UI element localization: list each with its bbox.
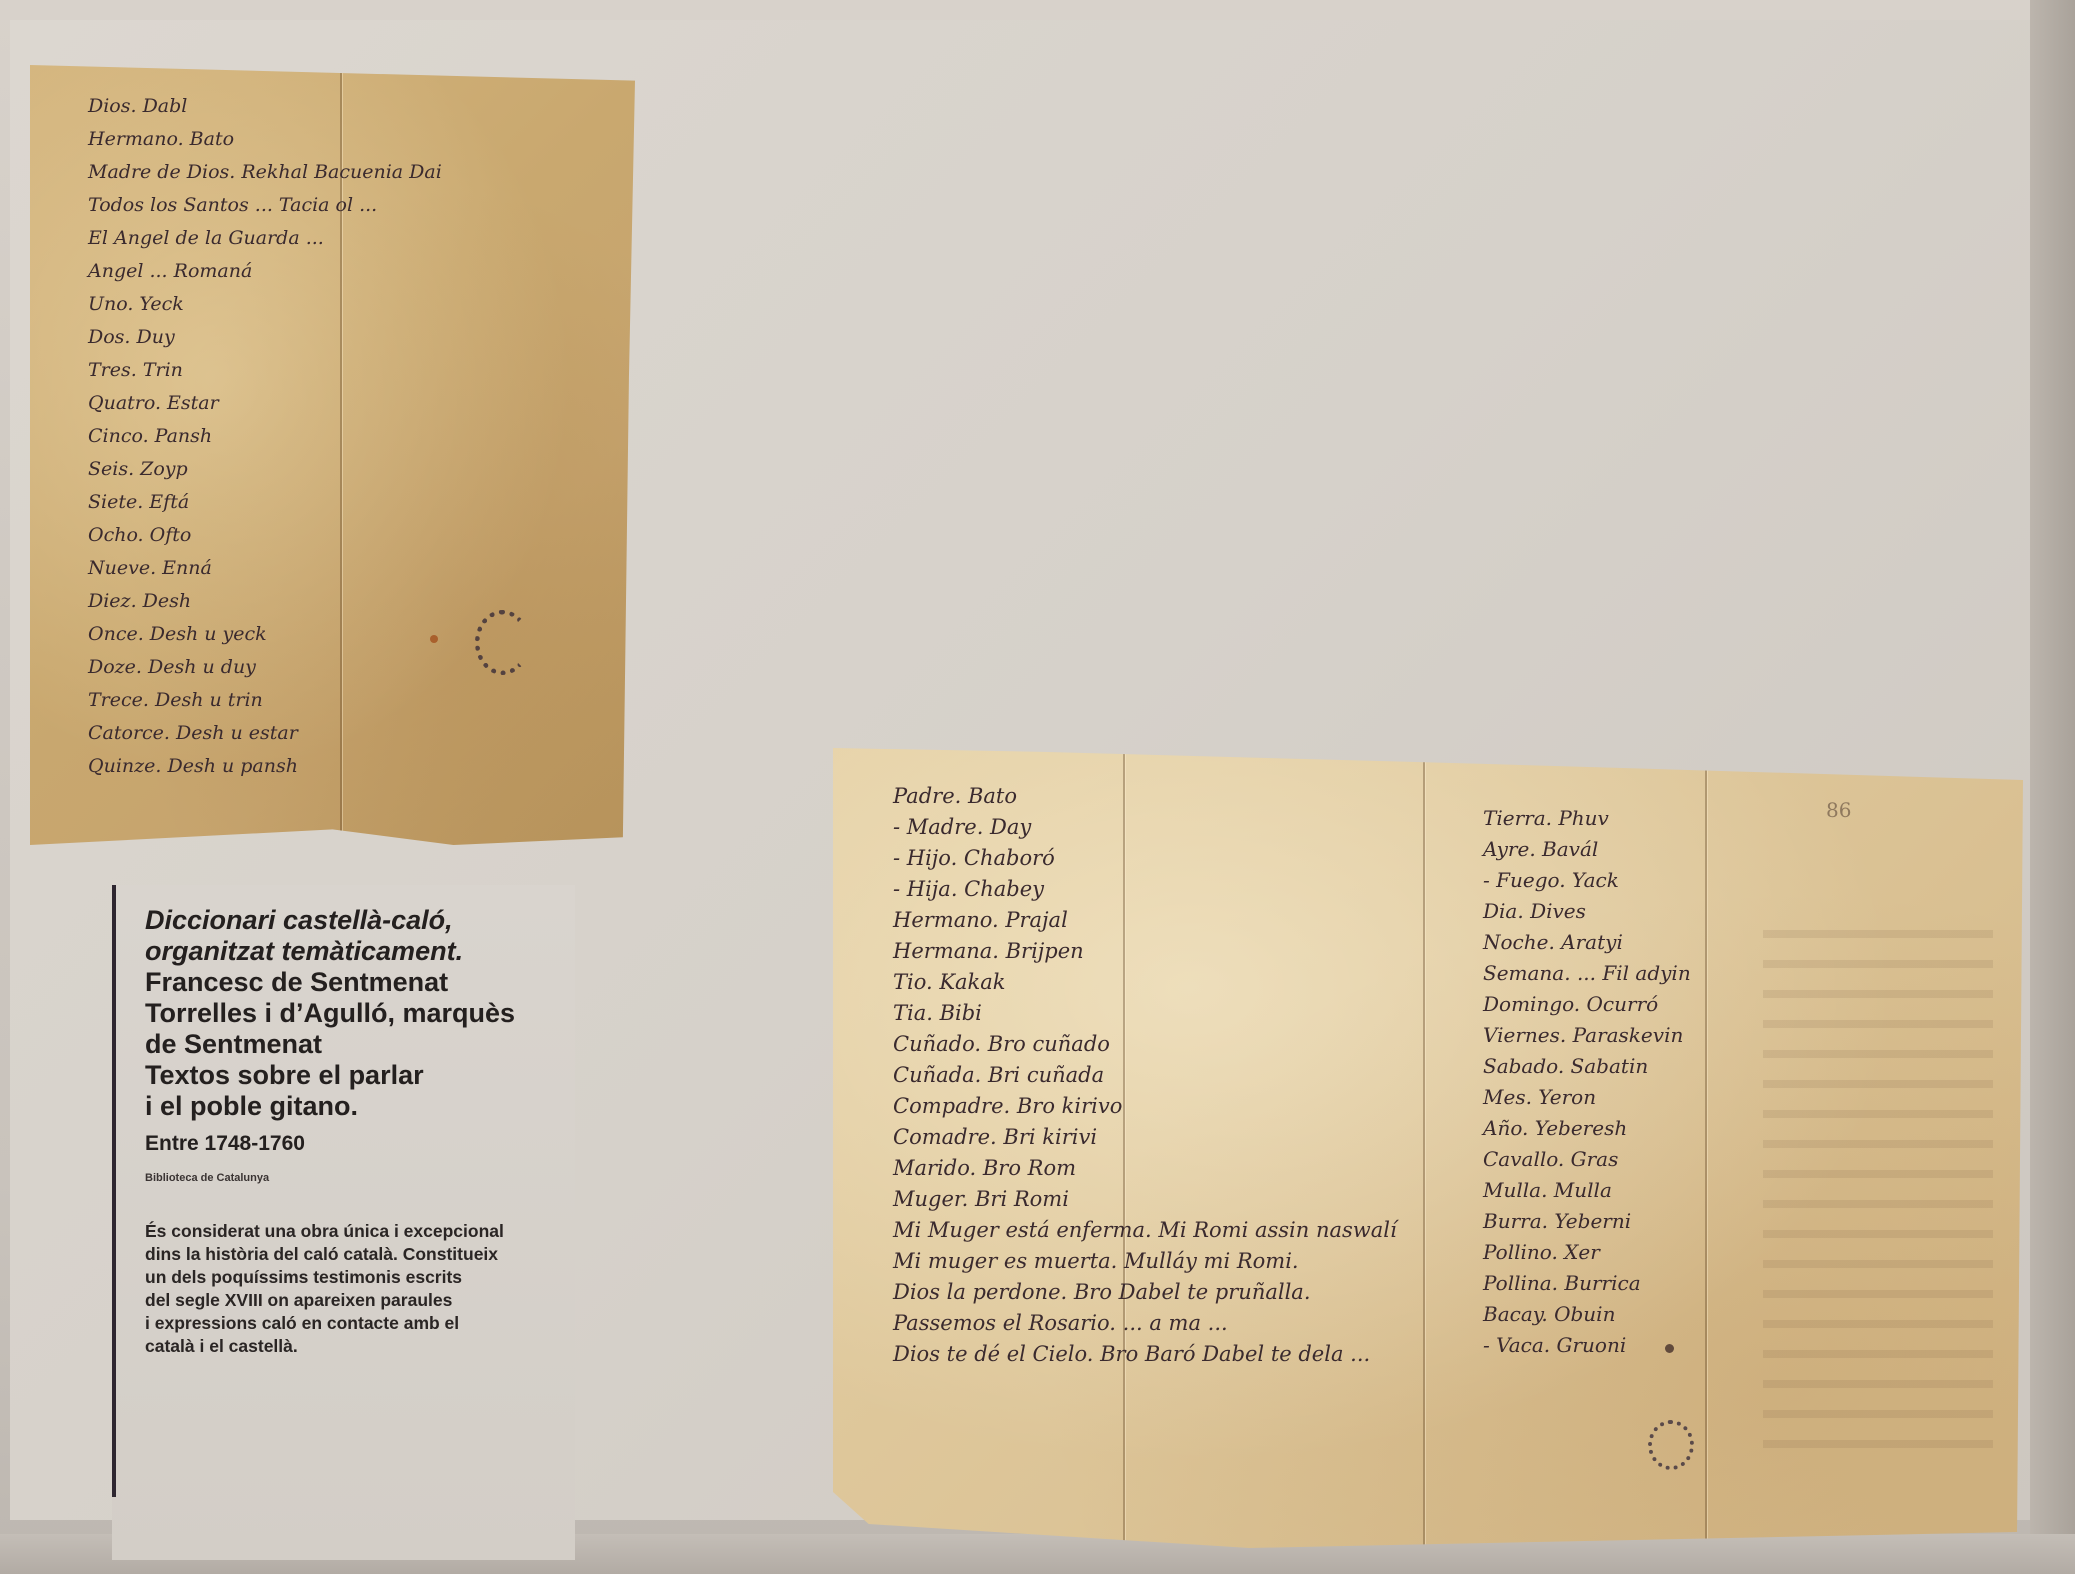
ms-line: - Vaca. Gruoni [1483, 1335, 1691, 1366]
manuscript-top: Dios. Dabl Hermano. Bato Madre de Dios. … [30, 65, 635, 845]
label-title: Diccionari castellà-caló, organitzat tem… [145, 905, 565, 1122]
ms-line: Bacay. Obuin [1483, 1304, 1691, 1335]
ms-line: Angel ... Romaná [88, 262, 442, 295]
ms-line: Trece. Desh u trin [88, 691, 442, 724]
ms-line: - Hijo. Chaboró [893, 848, 1397, 879]
ms-line: Catorce. Desh u estar [88, 724, 442, 757]
label-source: Biblioteca de Catalunya [145, 1172, 565, 1184]
manuscript-bottom-left-column: Padre. Bato - Madre. Day - Hijo. Chaboró… [893, 786, 1397, 1375]
label-description: És considerat una obra única i excepcion… [145, 1220, 565, 1358]
ms-line: Passemos el Rosario. ... a ma ... [893, 1313, 1397, 1344]
ink-spot [1665, 1344, 1674, 1353]
bleed-through-text [1763, 908, 1993, 1468]
ms-line: - Hija. Chabey [893, 879, 1397, 910]
ms-line: Dia. Dives [1483, 901, 1691, 932]
ms-line: Diez. Desh [88, 592, 442, 625]
ms-line: Ocho. Ofto [88, 526, 442, 559]
description-line: i expressions caló en contacte amb el [145, 1312, 565, 1335]
ms-line: Dios la perdone. Bro Dabel te pruñalla. [893, 1282, 1397, 1313]
description-line: dins la història del caló català. Consti… [145, 1243, 565, 1266]
label-date: Entre 1748-1760 [145, 1132, 565, 1156]
ms-line: Cinco. Pansh [88, 427, 442, 460]
ms-line: Año. Yeberesh [1483, 1118, 1691, 1149]
ms-line: Semana. ... Fil adyin [1483, 963, 1691, 994]
ms-line: Dos. Duy [88, 328, 442, 361]
fold-line [1423, 748, 1425, 1548]
ms-line: Mi muger es muerta. Mulláy mi Romi. [893, 1251, 1397, 1282]
ms-line: Comadre. Bri kirivi [893, 1127, 1397, 1158]
ms-line: Uno. Yeck [88, 295, 442, 328]
manuscript-bottom-right-column: Tierra. Phuv Ayre. Bavál - Fuego. Yack D… [1483, 808, 1691, 1366]
ms-line: Cuñada. Bri cuñada [893, 1065, 1397, 1096]
ms-line: Hermano. Bato [88, 130, 442, 163]
ms-line: Muger. Bri Romi [893, 1189, 1397, 1220]
ink-spot [430, 635, 438, 643]
manuscript-bottom: 86 Padre. Bato - Madre. Day - Hijo. Chab… [833, 748, 2023, 1548]
ms-line: Once. Desh u yeck [88, 625, 442, 658]
exhibit-label-content: Diccionari castellà-caló, organitzat tem… [145, 905, 565, 1358]
ms-line: Mes. Yeron [1483, 1087, 1691, 1118]
ms-line: Seis. Zoyp [88, 460, 442, 493]
ms-line: Ayre. Bavál [1483, 839, 1691, 870]
ms-line: - Madre. Day [893, 817, 1397, 848]
case-edge-right [2030, 0, 2075, 1574]
ms-line: Mi Muger está enferma. Mi Romi assin nas… [893, 1220, 1397, 1251]
fold-line [1705, 748, 1707, 1548]
ms-line: Madre de Dios. Rekhal Bacuenia Dai [88, 163, 442, 196]
ms-line: Mulla. Mulla [1483, 1180, 1691, 1211]
ms-line: Tres. Trin [88, 361, 442, 394]
page-number: 86 [1826, 798, 1851, 822]
manuscript-top-text: Dios. Dabl Hermano. Bato Madre de Dios. … [88, 97, 442, 790]
ms-line: Domingo. Ocurró [1483, 994, 1691, 1025]
author-line: Francesc de Sentmenat [145, 967, 565, 998]
ms-line: Burra. Yeberni [1483, 1211, 1691, 1242]
ms-line: Dios te dé el Cielo. Bro Baró Dabel te d… [893, 1344, 1397, 1375]
ms-line: Pollino. Xer [1483, 1242, 1691, 1273]
ms-line: Pollina. Burrica [1483, 1273, 1691, 1304]
ms-line: Hermano. Prajal [893, 910, 1397, 941]
description-line: català i el castellà. [145, 1335, 565, 1358]
library-stamp-icon [475, 610, 530, 675]
ms-line: Padre. Bato [893, 786, 1397, 817]
ms-line: Todos los Santos ... Tacia ol ... [88, 196, 442, 229]
ms-line: Doze. Desh u duy [88, 658, 442, 691]
ms-line: Tio. Kakak [893, 972, 1397, 1003]
title-line: Diccionari castellà-caló, [145, 905, 565, 936]
ms-line: Quatro. Estar [88, 394, 442, 427]
ms-line: Cuñado. Bro cuñado [893, 1034, 1397, 1065]
title-line: organitzat temàticament. [145, 936, 565, 967]
description-line: un dels poquíssims testimonis escrits [145, 1266, 565, 1289]
ms-line: Noche. Aratyi [1483, 932, 1691, 963]
library-stamp-icon [1648, 1420, 1694, 1470]
ms-line: Quinze. Desh u pansh [88, 757, 442, 790]
author-line: de Sentmenat [145, 1029, 565, 1060]
description-line: del segle XVIII on apareixen paraules [145, 1289, 565, 1312]
ms-line: Hermana. Brijpen [893, 941, 1397, 972]
description-line: És considerat una obra única i excepcion… [145, 1220, 565, 1243]
ms-line: Viernes. Paraskevin [1483, 1025, 1691, 1056]
author-line: Torrelles i d’Agulló, marquès [145, 998, 565, 1029]
ms-line: Cavallo. Gras [1483, 1149, 1691, 1180]
ms-line: Nueve. Enná [88, 559, 442, 592]
ms-line: Compadre. Bro kirivo [893, 1096, 1397, 1127]
ms-line: Siete. Eftá [88, 493, 442, 526]
display-case: Dios. Dabl Hermano. Bato Madre de Dios. … [0, 0, 2075, 1574]
subtitle-line: Textos sobre el parlar [145, 1060, 565, 1091]
ms-line: Dios. Dabl [88, 97, 442, 130]
ms-line: Marido. Bro Rom [893, 1158, 1397, 1189]
subtitle-line: i el poble gitano. [145, 1091, 565, 1122]
label-accent-rule [112, 885, 116, 1497]
ms-line: Tierra. Phuv [1483, 808, 1691, 839]
ms-line: Tia. Bibi [893, 1003, 1397, 1034]
ms-line: Sabado. Sabatin [1483, 1056, 1691, 1087]
ms-line: El Angel de la Guarda ... [88, 229, 442, 262]
ms-line: - Fuego. Yack [1483, 870, 1691, 901]
